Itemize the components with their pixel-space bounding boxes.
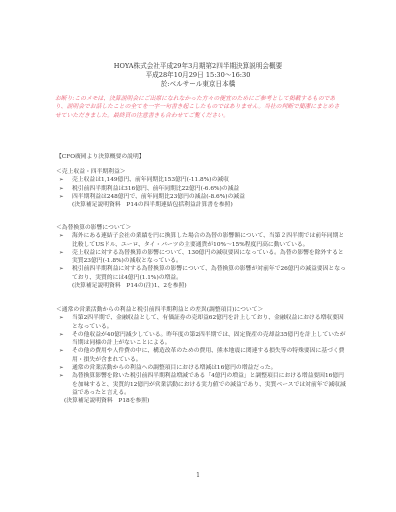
list-item: ➢海外にある連結子会社の業績を円に換算した場合の為替の影響額について、当第２四半…	[56, 232, 348, 249]
reference-note: (決算補足説明資料 P14の(注)1、2を参照)	[56, 282, 348, 290]
reference-note: (決算補足説明資料 P14の四半期連結包括利益計算書を参照)	[56, 201, 348, 209]
bullet-arrow-icon: ➢	[59, 364, 64, 372]
list-item: ➢売上収益に対する為替換算の影響について、130億円の減収要因になっている。為替…	[56, 249, 348, 266]
section-heading: ＜為替換算の影響について＞	[56, 224, 348, 232]
bullet-arrow-icon: ➢	[59, 185, 64, 193]
section-fx-impact: ＜為替換算の影響について＞ ➢海外にある連結子会社の業績を円に換算した場合の為替…	[56, 224, 348, 290]
list-item: ➢売上収益は1,149億円、前年同期比153億円(-11.8%)の減収	[56, 176, 348, 184]
reference-note: (決算補足説明資料 P18を参照)	[56, 397, 348, 405]
list-item: ➢その他の費用や人件費の中に、構造改革のための費用、熊本地震に関連する損失等の特…	[56, 347, 348, 364]
bullet-arrow-icon: ➢	[59, 176, 64, 184]
disclaimer-notice: お断り:このメモは、決算説明会にご出席になれなかった方々の便宜のためにご参考とし…	[55, 95, 345, 120]
cfo-heading: 【CFO廣岡より決算概要の説明】	[56, 153, 348, 161]
page-number: 1	[0, 472, 396, 479]
bullet-arrow-icon: ➢	[59, 232, 64, 240]
section-heading: ＜通常の営業活動からの利益と税引前四半期利益との差異(調整項目)について＞	[56, 306, 348, 314]
doc-title: HOYA株式会社平成29年3月期第2四半期決算説明会概要	[0, 62, 396, 71]
list-item: ➢当第2四半期で、金融収益として、有価証券の売却益62億円を計上しており、金融収…	[56, 314, 348, 331]
section-heading: ＜売上収益・四半期利益＞	[56, 168, 348, 176]
list-item: ➢その他収益が40億円減少している。昨年度の第2四半期では、固定資産の売却益35…	[56, 331, 348, 348]
doc-venue: 於:ベルサール東京日本橋	[0, 80, 396, 89]
bullet-arrow-icon: ➢	[59, 265, 64, 273]
bullet-arrow-icon: ➢	[59, 372, 64, 380]
list-item: ➢通常の営業活動からの利益への調整項目における増減は16億円の増益だった。	[56, 364, 348, 372]
bullet-arrow-icon: ➢	[59, 331, 64, 339]
list-item: ➢四半期利益は248億円で、前年同期比23億円の減益(-8.6%)の減益	[56, 193, 348, 201]
list-item: ➢税引前四半期利益に対する為替換算の影響について、為替換算の影響が対前年で26億…	[56, 265, 348, 282]
bullet-arrow-icon: ➢	[59, 193, 64, 201]
list-item: ➢税引前四半期利益は316億円、前年同期比22億円(-6.6%)の減益	[56, 185, 348, 193]
bullet-arrow-icon: ➢	[59, 347, 64, 355]
doc-datetime: 平成28年10月29日 15:30～16:30	[0, 71, 396, 80]
bullet-arrow-icon: ➢	[59, 249, 64, 257]
list-item: ➢為替換算影響を除いた税引前四半期利益増減である「4億円の増益」と調整項目におけ…	[56, 372, 348, 397]
bullet-arrow-icon: ➢	[59, 314, 64, 322]
section-revenue: ＜売上収益・四半期利益＞ ➢売上収益は1,149億円、前年同期比153億円(-1…	[56, 168, 348, 209]
document-page: HOYA株式会社平成29年3月期第2四半期決算説明会概要 平成28年10月29日…	[0, 0, 396, 512]
section-adjustments: ＜通常の営業活動からの利益と税引前四半期利益との差異(調整項目)について＞ ➢当…	[56, 306, 348, 406]
